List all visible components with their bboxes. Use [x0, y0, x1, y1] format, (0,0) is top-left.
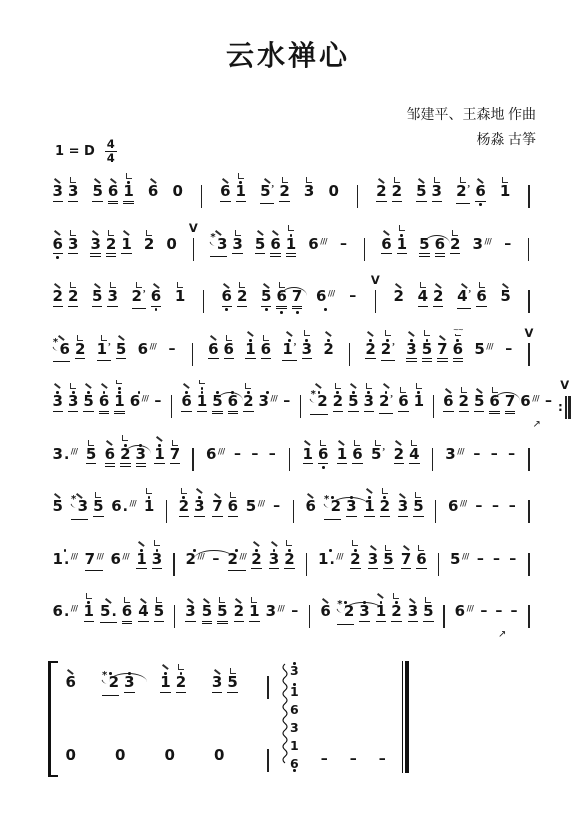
- measure-cell: 5ʼ2: [258, 170, 293, 210]
- note-number: 5: [416, 184, 426, 199]
- beam-underline: [132, 308, 146, 309]
- note-number: 1: [282, 342, 292, 357]
- measure-cell: 12: [362, 485, 393, 523]
- beam-underline: [292, 308, 302, 309]
- measure-cell: 0: [113, 734, 128, 772]
- note: 3: [50, 380, 65, 418]
- tremolo-mark-icon: ///: [532, 391, 539, 406]
- sustain-dash: –: [473, 538, 487, 577]
- octave-dot-above: [118, 387, 121, 390]
- note: 3: [395, 485, 410, 523]
- note: 2: [249, 538, 264, 576]
- huazhi-ornament-icon: *: [310, 391, 316, 403]
- beam-underline: [236, 201, 246, 202]
- note: 2: [348, 538, 363, 576]
- beam-underline: [260, 203, 274, 204]
- sustain-dash: –: [337, 223, 351, 262]
- measure-cell: 3.///: [50, 433, 80, 473]
- note-number: 2: [132, 289, 142, 304]
- note-number: 6: [316, 289, 326, 304]
- note-number: 6: [352, 447, 362, 462]
- beam-underline: [53, 201, 63, 202]
- note: 6: [379, 223, 394, 261]
- note: 2: [234, 275, 249, 313]
- note-number: 0: [166, 237, 176, 252]
- note-number: 5: [100, 604, 110, 619]
- note-number: 2: [391, 604, 401, 619]
- measure-cell: –: [505, 433, 519, 472]
- slide-ornament-icon: ʼ: [108, 340, 111, 355]
- note-number: 5: [474, 342, 484, 357]
- repeat-end-barline: V:: [555, 380, 574, 418]
- beam-underline: [251, 568, 261, 569]
- measure-cell: *23: [321, 485, 359, 526]
- beam-underline: [286, 253, 296, 254]
- note: 4: [415, 275, 430, 313]
- note-number: 0: [328, 184, 338, 199]
- beam-underline: [92, 306, 102, 307]
- measure-cell: –: [501, 223, 515, 262]
- note-number: 2: [381, 342, 391, 357]
- tremolo-mark-icon: ///: [197, 549, 204, 564]
- note: 6: [206, 328, 221, 366]
- note-number: 4: [418, 289, 428, 304]
- gou-fingering-icon: [304, 330, 310, 336]
- beam-underline: [337, 463, 347, 464]
- note-number: 3: [53, 184, 63, 199]
- note: 2ʼ: [454, 170, 473, 210]
- huazhi-ornament-icon: *: [324, 496, 330, 508]
- measure-cell: *33: [207, 223, 245, 264]
- measure-cell: 2: [391, 275, 406, 313]
- measure-cell: 0: [164, 223, 179, 261]
- measure-cell: 2///: [183, 538, 207, 578]
- measure-cell: 3: [301, 170, 316, 208]
- sustain-dash: –: [472, 485, 486, 524]
- measure-cell: [167, 538, 181, 576]
- measure-cell: –: [346, 275, 360, 314]
- measure-cell: 6: [145, 170, 160, 208]
- note-number: 2: [450, 237, 460, 252]
- measure-cell: 5: [83, 433, 98, 471]
- note-number: 6: [398, 394, 408, 409]
- beam-underline: [107, 306, 117, 307]
- measure-cell: 6///: [127, 380, 151, 420]
- note: 2///: [183, 538, 207, 578]
- note: 1: [172, 275, 187, 313]
- measure-cell: 1.///: [50, 538, 80, 578]
- slide-ornament-icon: ʼ: [293, 340, 296, 355]
- beam-underline: [123, 203, 133, 204]
- note-number: 3: [266, 604, 276, 619]
- tuo-fingering-icon: [367, 331, 373, 336]
- beam-underline: [124, 692, 134, 693]
- beam-underline: [68, 253, 78, 254]
- note-number: 3: [124, 675, 134, 690]
- note-number: 2: [176, 675, 186, 690]
- note-number: 4: [409, 447, 419, 462]
- performer-credit: 杨淼 古筝: [407, 128, 537, 153]
- beam-underline: [270, 253, 280, 254]
- barline: [522, 170, 536, 208]
- note-number: 3: [445, 447, 455, 462]
- beam-underline: [234, 621, 244, 622]
- note-number: 2: [53, 289, 63, 304]
- measure-cell: 13: [134, 538, 165, 576]
- beam-underline: [406, 358, 416, 359]
- measure-cell: 6///: [452, 590, 476, 630]
- note-number: 5: [474, 394, 484, 409]
- measure-cell: [358, 223, 372, 261]
- measure-cell: –: [506, 538, 520, 577]
- barline: [431, 538, 445, 576]
- note: 3///: [470, 223, 494, 263]
- breath-mark: V: [371, 275, 380, 286]
- note: 1: [152, 433, 167, 471]
- chord-note: 1: [290, 683, 299, 697]
- note: 3: [301, 170, 316, 208]
- note: 5: [417, 223, 432, 261]
- note-number: 1: [123, 184, 133, 199]
- note-number: 2: [186, 552, 196, 567]
- measure-cell: 3: [183, 590, 198, 628]
- beam-underline: [154, 463, 164, 464]
- sustain-dash: –↗: [541, 380, 555, 419]
- note: 1: [247, 590, 262, 628]
- note-number: 5: [255, 237, 265, 252]
- note: 4: [136, 590, 151, 628]
- sustain-dash: –: [288, 590, 302, 629]
- measure-cell: 2: [348, 538, 363, 576]
- note-number: 7: [505, 394, 515, 409]
- barline: [186, 433, 200, 471]
- beam-underline: [394, 463, 404, 464]
- note: 6: [432, 223, 447, 261]
- sustain-dash: –: [231, 433, 245, 472]
- note-number: 6: [151, 289, 161, 304]
- measure-cell: *23: [334, 590, 372, 631]
- barline: [196, 275, 210, 313]
- note: 5: [83, 433, 98, 471]
- tremolo-mark-icon: ///: [150, 339, 157, 354]
- note: 6: [221, 328, 236, 366]
- note-number: 6: [448, 499, 458, 514]
- note-number: 2: [75, 342, 85, 357]
- beam-underline: [85, 570, 104, 571]
- measure-cell: 567: [259, 275, 305, 314]
- chord-note-number: 1: [290, 686, 299, 697]
- measure-cell: [186, 433, 200, 471]
- note-number: 5: [383, 552, 393, 567]
- note-number: 6: [130, 394, 140, 409]
- note-number: 6: [320, 604, 330, 619]
- measure-cell: [522, 538, 536, 576]
- note: 3: [404, 328, 419, 366]
- note-number: 1: [160, 675, 170, 690]
- note: 6: [258, 328, 273, 366]
- note: 6.///: [50, 590, 80, 630]
- note: 6: [274, 275, 289, 314]
- note: 2: [282, 538, 297, 576]
- beam-underline: [181, 411, 191, 412]
- music-line: 22532ʼ61625676///–V2424ʼ65: [50, 275, 536, 314]
- beam-underline: [68, 411, 78, 412]
- note-number: 5: [423, 604, 433, 619]
- barline: [294, 380, 308, 418]
- note: 6///: [108, 538, 132, 578]
- measure-cell: 3///: [263, 590, 287, 630]
- tuo-fingering-icon: [383, 383, 389, 388]
- gliss-arrow-icon: ↗: [532, 419, 540, 430]
- measure-cell: 6///: [446, 485, 470, 525]
- beam-underline: [456, 203, 470, 204]
- gou-fingering-icon: [245, 383, 251, 389]
- note-number: 7: [85, 552, 95, 567]
- note-number: 1: [414, 394, 424, 409]
- beam-underline: [489, 411, 499, 412]
- beam-underline: [423, 621, 433, 622]
- beam-underline: [302, 358, 312, 359]
- note-number: 5: [86, 447, 96, 462]
- note: 2ʼ: [376, 380, 395, 420]
- tremolo-mark-icon: ///: [336, 549, 343, 564]
- measure-cell: 3///: [256, 380, 280, 420]
- chord-note: 6: [290, 704, 299, 715]
- note-number: 2: [331, 499, 341, 514]
- note-number: 0: [214, 748, 224, 763]
- note: *2: [308, 380, 330, 421]
- measure-cell: 17: [152, 433, 183, 471]
- barline: [283, 433, 297, 471]
- note: 1.///: [316, 538, 346, 578]
- note: 5: [50, 485, 65, 523]
- note-number: 2: [284, 552, 294, 567]
- barline: [159, 485, 173, 523]
- note: 6///: [452, 590, 476, 630]
- measure-cell: 5ʼ: [369, 433, 388, 473]
- tuo-fingering-icon: [156, 436, 162, 441]
- note-number: 5: [422, 342, 432, 357]
- note-number: 6: [416, 552, 426, 567]
- measure-cell: V: [522, 328, 536, 366]
- beam-underline: [457, 308, 471, 309]
- note-number: 3: [194, 499, 204, 514]
- note: 6: [487, 380, 502, 418]
- note: 6///: [135, 328, 159, 368]
- note: 3: [65, 223, 80, 261]
- measure-cell: –: [165, 328, 179, 367]
- beam-underline: [68, 306, 78, 307]
- sustain-dash: –: [501, 223, 515, 262]
- note-number: 6: [122, 604, 132, 619]
- beam-underline: [443, 411, 453, 412]
- note: 5: [498, 275, 513, 313]
- tremolo-mark-icon: ///: [258, 496, 265, 511]
- note-number: 2: [106, 237, 116, 252]
- beam-underline: [106, 256, 116, 257]
- measure-cell: 16: [300, 433, 331, 471]
- note-number: 3: [68, 184, 78, 199]
- barline: [522, 538, 536, 576]
- measure-cell: [522, 275, 536, 313]
- measure-cell: 1: [81, 590, 96, 628]
- beam-underline: [453, 358, 463, 359]
- measure-cell: 22: [50, 275, 81, 313]
- note: *3: [68, 485, 90, 526]
- sustain-dash: –: [502, 328, 516, 367]
- note: 1: [194, 380, 209, 418]
- note: 6: [414, 538, 429, 576]
- note-number: 3: [53, 447, 63, 462]
- note: 6: [145, 170, 160, 208]
- note: 1: [233, 170, 248, 208]
- note-number: 3: [398, 499, 408, 514]
- breath-mark: V: [525, 328, 534, 339]
- note-number: 5: [500, 289, 510, 304]
- beam-underline: [413, 516, 423, 517]
- note: 1: [373, 590, 388, 628]
- beam-underline: [202, 621, 212, 622]
- beam-underline: [409, 463, 419, 464]
- note-number: 6: [476, 289, 486, 304]
- note: 3: [105, 275, 120, 313]
- slide-ornament-icon: ʼ: [271, 182, 274, 197]
- beam-underline: [122, 623, 132, 624]
- tuo-fingering-icon: [54, 383, 60, 388]
- final-barline: [402, 661, 409, 773]
- note-number: 5: [83, 394, 93, 409]
- note: 5: [259, 275, 274, 313]
- note-number: 3: [68, 394, 78, 409]
- note: *6: [50, 328, 72, 369]
- note-number: 5: [227, 675, 237, 690]
- measure-cell: 5.6: [98, 590, 135, 629]
- measure-cell: 3///: [470, 223, 494, 263]
- note: 1: [334, 433, 349, 471]
- beam-underline: [138, 621, 148, 622]
- tremolo-mark-icon: ///: [71, 601, 78, 616]
- note-number: 2: [459, 394, 469, 409]
- chord-note-number: 6: [290, 758, 299, 769]
- measure-cell: 35: [395, 485, 426, 523]
- barline: [185, 328, 199, 366]
- note-number: 1: [364, 499, 374, 514]
- note-number: 3: [217, 237, 227, 252]
- note: 3: [230, 223, 245, 261]
- note-number: 3: [408, 604, 418, 619]
- note: 2: [50, 275, 65, 313]
- beam-underline: [194, 516, 204, 517]
- note-number: 1: [53, 552, 63, 567]
- beam-underline: [114, 413, 124, 414]
- measure-cell: [425, 433, 439, 471]
- note: 6: [225, 485, 240, 523]
- final-system: 6*231235 0000 316316 –––: [48, 661, 409, 773]
- measure-cell: 5///: [243, 485, 267, 525]
- measure-cell: 55: [199, 590, 230, 628]
- beam-underline: [116, 358, 126, 359]
- note: 1: [283, 223, 298, 261]
- beam-underline: [93, 516, 103, 517]
- beam-underline: [232, 253, 242, 254]
- note-number: 1: [286, 237, 296, 252]
- note: 1: [411, 380, 426, 418]
- note-number: 3: [68, 237, 78, 252]
- measure-cell: 0: [326, 170, 341, 208]
- beam-underline: [75, 358, 85, 359]
- beam-underline: [416, 568, 426, 569]
- tuo-fingering-icon: [162, 664, 168, 669]
- tremolo-mark-icon: ///: [467, 601, 474, 616]
- beam-underline: [505, 413, 515, 414]
- measure-cell: [522, 590, 536, 628]
- note: 5: [210, 380, 225, 418]
- note-number: 3: [212, 675, 222, 690]
- note-number: 6: [111, 499, 121, 514]
- rest-note: 0: [113, 734, 128, 772]
- measure-cell: –: [231, 433, 245, 472]
- beam-underline: [475, 201, 485, 202]
- beam-underline: [114, 411, 124, 412]
- note-number: 6: [220, 184, 230, 199]
- note-number: 0: [165, 748, 175, 763]
- measure-cell: 6///: [203, 433, 227, 473]
- note-number: 6: [108, 184, 118, 199]
- note: 6: [218, 170, 233, 208]
- beam-underline: [380, 516, 390, 517]
- barline-with-breath: V: [522, 328, 536, 366]
- rest-note: 0: [162, 734, 177, 772]
- sustain-dash: –: [265, 433, 279, 472]
- chord-note: 3: [290, 662, 299, 676]
- note: 2: [431, 275, 446, 313]
- chord-note-number: 1: [290, 740, 299, 751]
- music-line: 6.///15.645355213///–6*2312356///–––↗: [50, 590, 536, 629]
- measure-cell: –: [492, 590, 506, 629]
- measure-cell: V: [368, 275, 382, 313]
- note: 5: [113, 328, 128, 366]
- music-line: 6332120V*335616///–615623///–: [50, 223, 536, 262]
- measure-cell: [196, 275, 210, 313]
- note: 2: [141, 223, 156, 261]
- beam-underline: [53, 253, 63, 254]
- note-number: 2: [237, 289, 247, 304]
- note-number: 2: [394, 289, 404, 304]
- huazhi-ornament-icon: *: [53, 339, 59, 351]
- note-number: 6: [443, 394, 453, 409]
- tremolo-mark-icon: ///: [484, 234, 491, 249]
- beam-underline: [324, 519, 341, 520]
- note-number: 3: [302, 342, 312, 357]
- note-number: 2: [144, 237, 154, 252]
- beam-underline: [99, 411, 109, 412]
- measure-cell: [294, 380, 308, 418]
- note: 2: [72, 328, 87, 366]
- note-number: 3: [432, 184, 442, 199]
- measure-cell: [159, 485, 173, 523]
- note-number: 3: [346, 499, 356, 514]
- measure-cell: 0: [162, 734, 177, 772]
- note-number: 1: [84, 604, 94, 619]
- note-number: 2: [323, 342, 333, 357]
- beam-underline: [90, 253, 100, 254]
- beam-underline: [97, 360, 111, 361]
- measure-cell: 561: [81, 380, 127, 418]
- note-number: 3: [406, 342, 416, 357]
- measure-cell: [303, 590, 317, 628]
- note: 3: [149, 538, 164, 576]
- arpeggio-wavy-line-icon: [281, 662, 289, 770]
